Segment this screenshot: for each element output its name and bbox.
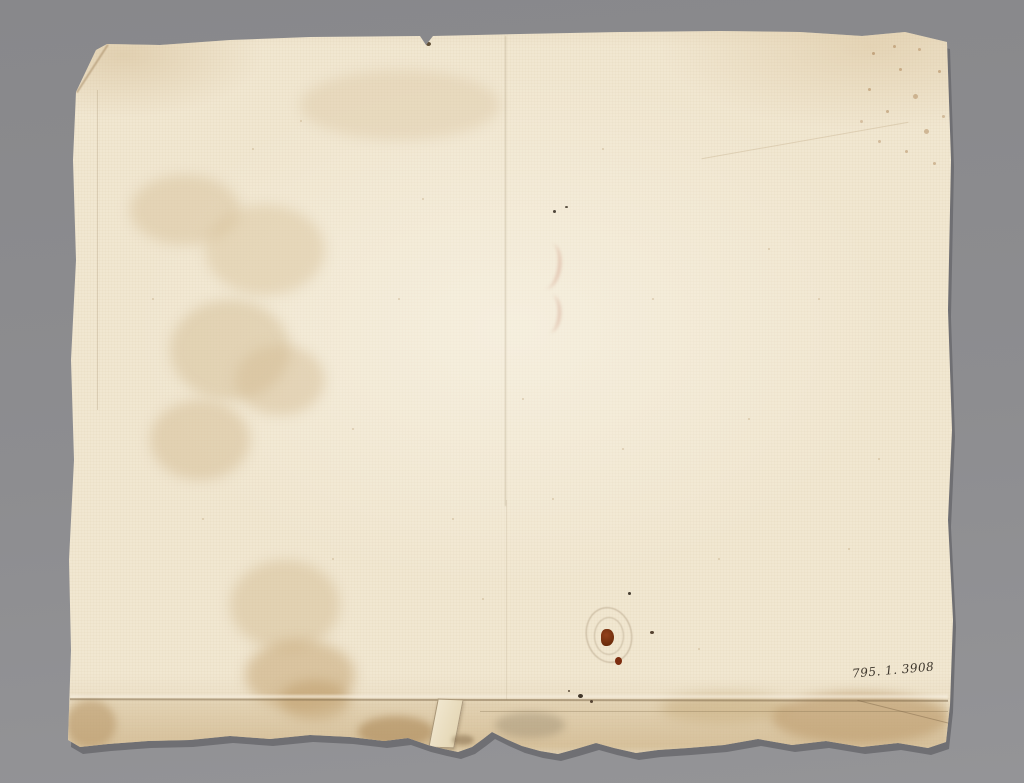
speck <box>590 700 593 703</box>
gray-smudge <box>495 712 565 738</box>
left-crease <box>97 90 98 410</box>
red-offset-mark <box>533 241 564 290</box>
stain <box>205 205 325 295</box>
stain <box>300 70 500 140</box>
speck <box>628 592 631 595</box>
photo-canvas: 795. 1. 3908 <box>0 0 1024 783</box>
stain <box>230 560 340 650</box>
flap-smudge <box>452 735 474 745</box>
speck <box>650 631 654 634</box>
red-offset-mark <box>539 294 563 333</box>
foxing-spots <box>0 0 3 3</box>
foxing-spots-faint <box>0 0 2 2</box>
paper-sheet: 795. 1. 3908 <box>0 0 1024 783</box>
diagonal-crease <box>702 122 909 159</box>
torn-corner-edge <box>76 44 109 93</box>
stain <box>66 700 116 748</box>
speck <box>565 206 568 208</box>
speck <box>96 44 101 48</box>
vertical-crease <box>505 36 506 506</box>
inscription-number: 795. 1. 3908 <box>852 659 935 680</box>
ink-drop <box>615 657 622 665</box>
speck <box>426 42 431 46</box>
stain <box>150 400 250 480</box>
speck <box>568 690 570 692</box>
speck <box>553 210 556 213</box>
vertical-crease <box>506 500 507 700</box>
speck <box>578 694 583 698</box>
stain <box>235 345 325 415</box>
fold-crease <box>480 711 948 712</box>
